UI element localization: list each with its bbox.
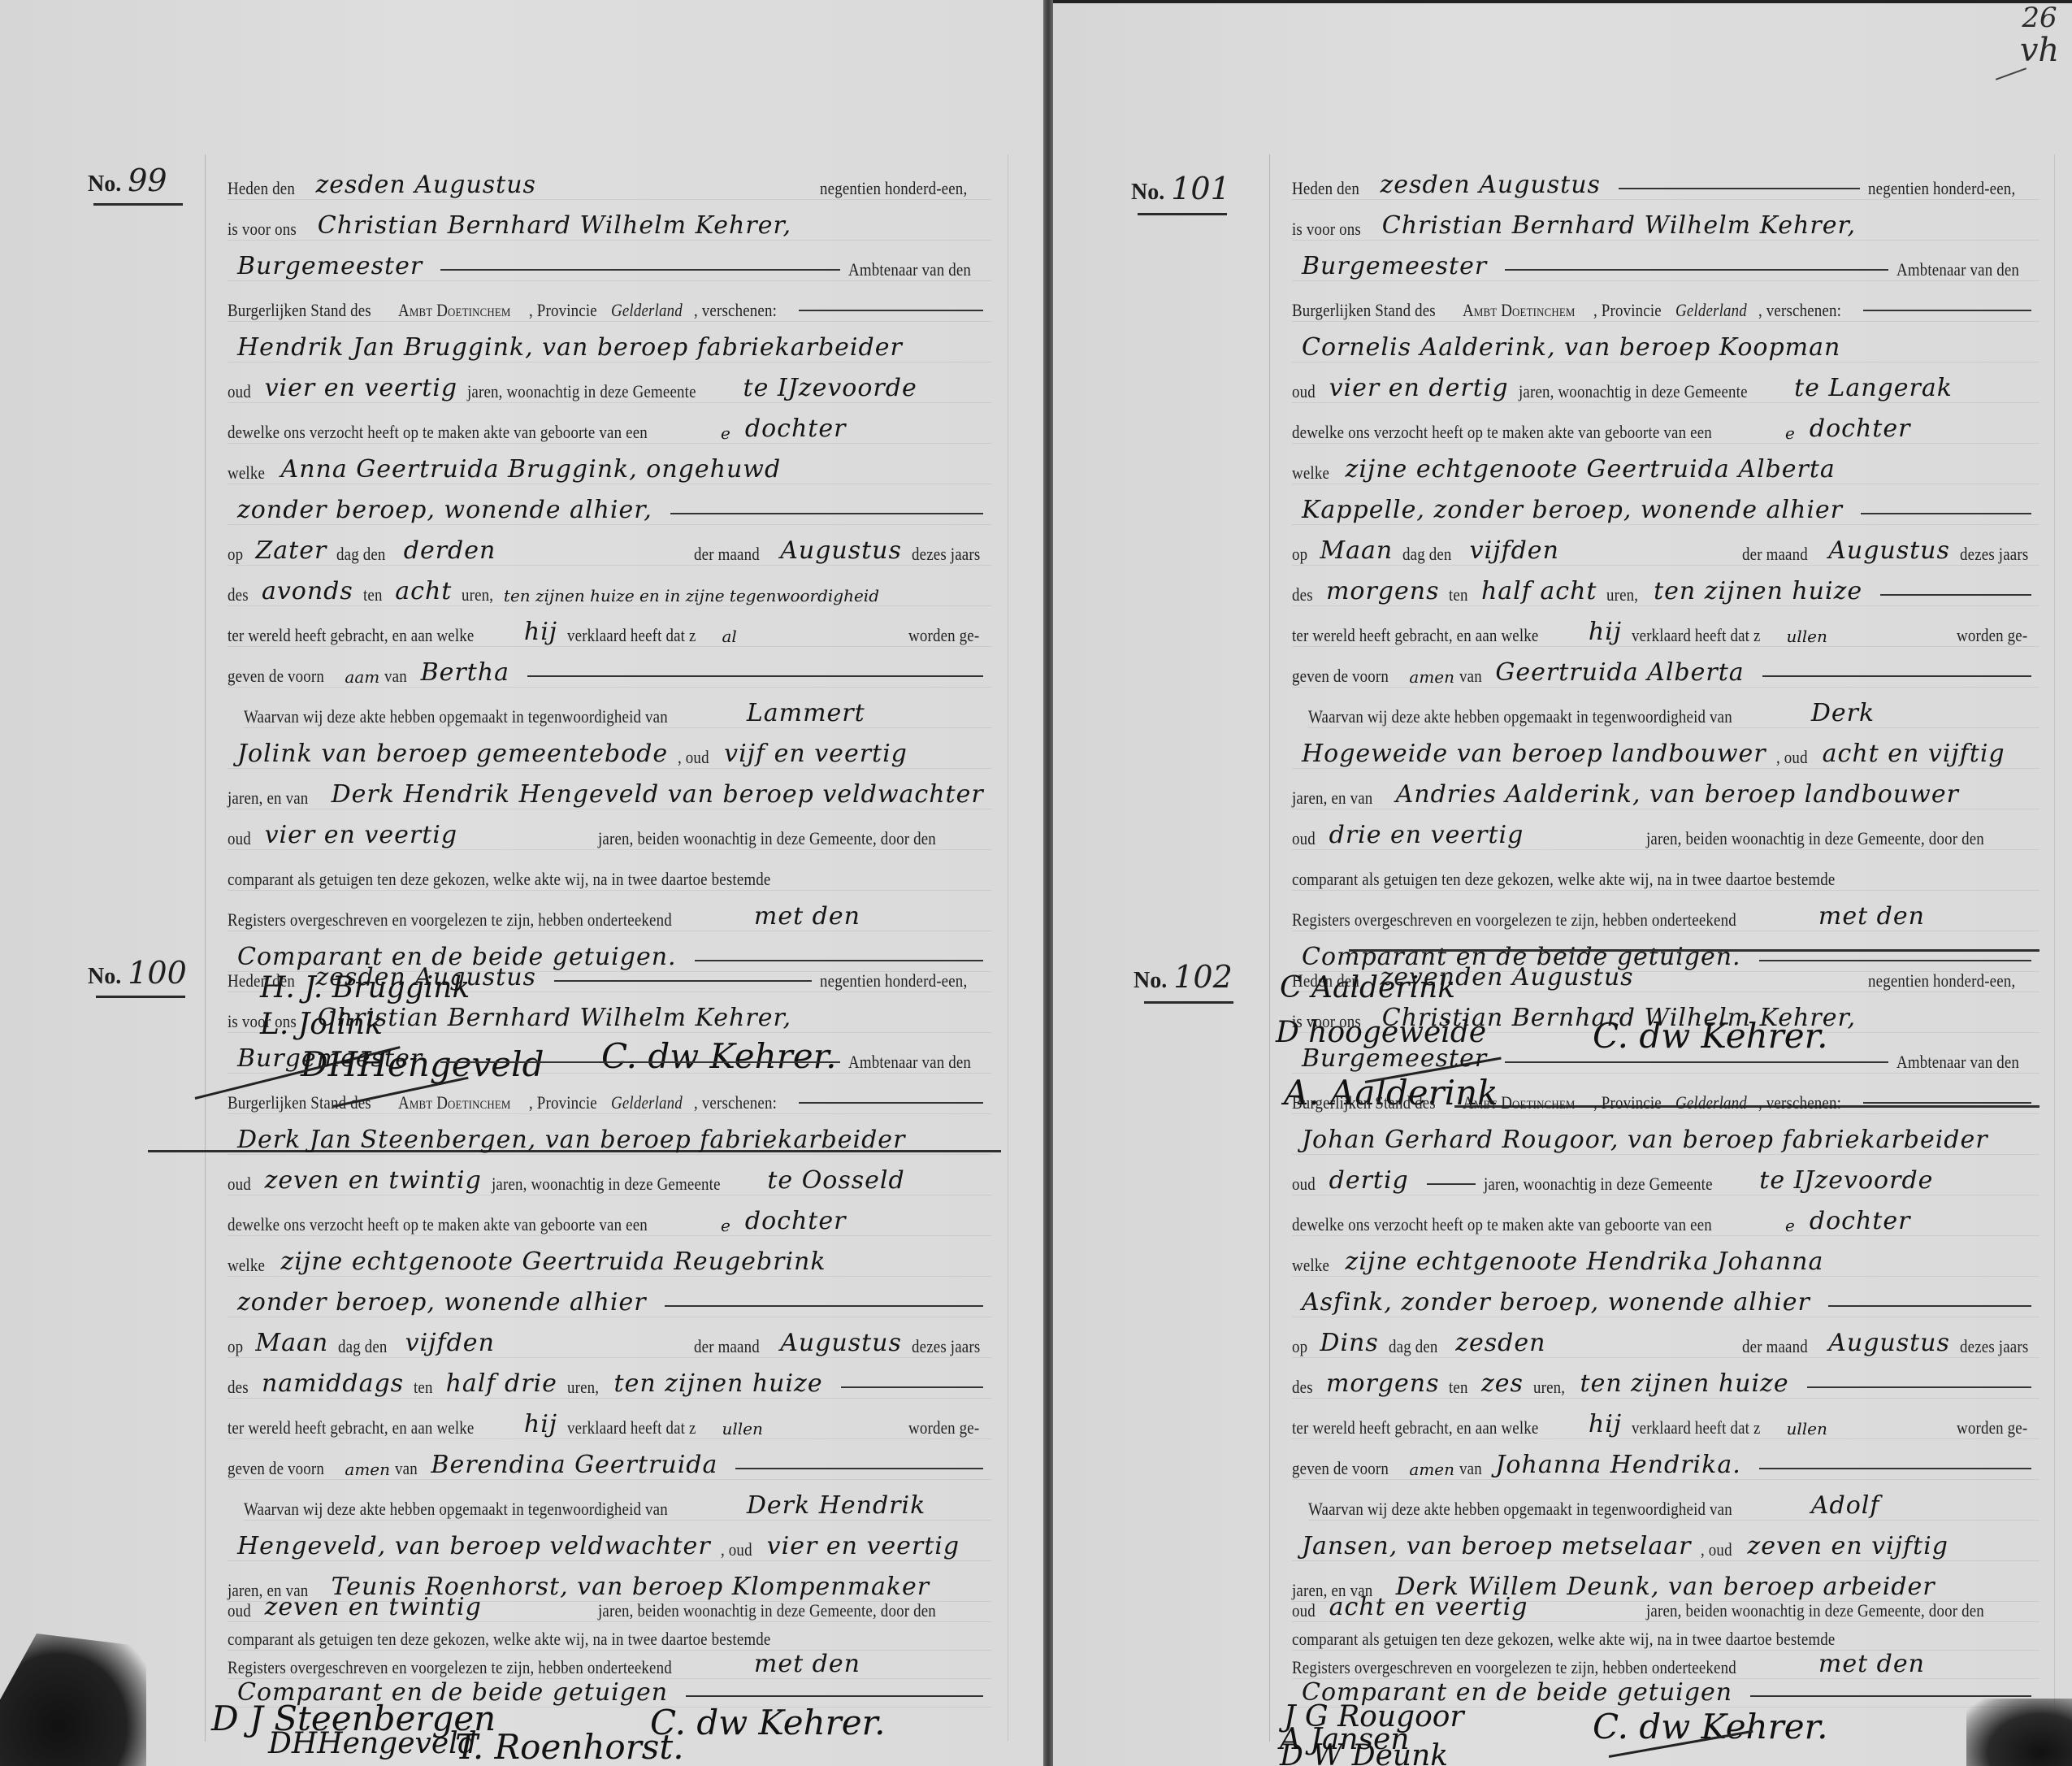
request-line: dewelke ons verzocht heeft op te maken a…	[228, 1195, 991, 1236]
child-sex: dochter	[745, 414, 847, 443]
text-fragment: , oud	[678, 747, 709, 768]
text-fragment: worden ge-	[908, 625, 979, 646]
record-number-value: 101	[1171, 171, 1230, 206]
daypart: morgens	[1326, 577, 1440, 605]
title-line: BurgemeesterAmbtenaar van den	[1292, 240, 2039, 281]
birth-place: ten zijnen huize	[1580, 1369, 1789, 1398]
text-fragment: Lammert	[747, 699, 865, 727]
witness2-age-line: ouddrie en veertigjaren, beiden woonacht…	[1292, 809, 2039, 850]
jurisdiction-line: Burgerlijken Stand des Ambt Doetinchem, …	[228, 280, 991, 322]
text-fragment: van	[1459, 666, 1482, 687]
witness1: Hogeweide van beroep landbouwer	[1302, 740, 1766, 768]
text-fragment: No.	[1134, 968, 1167, 993]
text-fragment: dezes jaars	[1960, 1336, 2028, 1357]
naming-line: ter wereld heeft gebracht, en aan welkeh…	[1292, 605, 2039, 647]
witness1-age: vier en veertig	[767, 1532, 960, 1560]
daypart: namiddags	[262, 1369, 404, 1398]
text-fragment: amen	[1409, 1460, 1454, 1479]
text-fragment: geven de voorn	[228, 1458, 324, 1479]
declarant: Hendrik Jan Bruggink, van beroep fabriek…	[237, 333, 903, 362]
text-fragment: dag den	[336, 544, 386, 565]
jurisdiction-line: Burgerlijken Stand des Ambt Doetinchem, …	[1292, 280, 2039, 322]
text-fragment: uren,	[462, 584, 493, 605]
text-fragment: worden ge-	[908, 1417, 979, 1438]
weekday: Maan	[1320, 536, 1393, 565]
declarant-line: Hendrik Jan Bruggink, van beroep fabriek…	[228, 321, 991, 362]
text-fragment: welke	[228, 1255, 265, 1276]
hour: half acht	[1481, 577, 1597, 605]
text-fragment: welke	[1292, 1255, 1329, 1276]
text-fragment: der maand	[694, 544, 760, 565]
text-fragment: Registers overgeschreven en voorgelezen …	[228, 909, 672, 931]
right-margin-rule	[1269, 154, 1270, 1742]
folio-number: 26 vh	[2007, 2, 2072, 67]
folio-page-number: 26	[2022, 2, 2057, 34]
text-fragment: des	[228, 1377, 249, 1398]
birth-place: ten zijnen huize en in zijne tegenwoordi…	[504, 586, 879, 605]
mother-line-2: Asfink, zonder beroep, wonende alhier	[1292, 1276, 2039, 1317]
text-fragment: Ambtenaar van den	[848, 1052, 971, 1073]
text-fragment: Heden den	[228, 970, 295, 991]
birthdate-line: opMaandag denvijfdender maandAugustusdez…	[1292, 524, 2039, 566]
record-date: zevenden Augustus	[1380, 963, 1633, 991]
naming-line: ter wereld heeft gebracht, en aan welkeh…	[1292, 1398, 2039, 1439]
title-line: BurgemeesterAmbtenaar van den	[228, 240, 991, 281]
text-fragment: worden ge-	[1957, 625, 2027, 646]
signature-official: C. dw Kehrer.	[650, 1703, 885, 1742]
text-fragment: dewelke ons verzocht heeft op te maken a…	[1292, 422, 1712, 443]
text-fragment: dezes jaars	[1960, 544, 2028, 565]
date-line: Heden denzesden Augustusnegentien honder…	[228, 158, 991, 200]
age-residence-line: ouddertigjaren, woonachtig in deze Gemee…	[1292, 1154, 2039, 1195]
hour: zes	[1481, 1369, 1524, 1398]
record-date: zesden Augustus	[315, 171, 535, 199]
registers-line: Registers overgeschreven en voorgelezen …	[1292, 890, 2039, 931]
text-fragment: jaren, woonachtig in deze Gemeente	[1519, 381, 1748, 402]
text-fragment: negentien honderd-een,	[1868, 178, 2015, 199]
text-fragment: dag den	[1402, 544, 1452, 565]
registers-line: Registers overgeschreven en voorgelezen …	[228, 890, 991, 931]
witness1: Jolink van beroep gemeentebode	[237, 740, 668, 768]
official-line: is voor onsChristian Bernhard Wilhelm Ke…	[228, 991, 991, 1033]
signature-witness2: D W Deunk	[1280, 1739, 1448, 1766]
mother: zijne echtgenoote Geertruida Alberta	[1346, 455, 1836, 484]
text-fragment: geven de voorn	[228, 666, 324, 687]
birth-place: ten zijnen huize	[1654, 577, 1862, 605]
text-fragment: ter wereld heeft gebracht, en aan welke	[228, 625, 474, 646]
text-fragment: , Provincie	[529, 300, 597, 321]
record-number-underline	[1144, 1001, 1233, 1004]
witness1: Hengeveld, van beroep veldwachter	[237, 1532, 711, 1560]
text-fragment: op	[1292, 1336, 1307, 1357]
text-fragment: des	[228, 584, 249, 605]
record-number-underline	[93, 203, 183, 206]
residence: te IJzevoorde	[743, 374, 917, 402]
record-date: zesden Augustus	[315, 963, 535, 991]
birth-day: vijfden	[405, 1329, 495, 1357]
mother: zijne echtgenoote Geertruida Reugebrink	[281, 1247, 826, 1276]
weekday: Zater	[255, 536, 327, 565]
text-fragment: is voor ons	[228, 1011, 297, 1032]
declarant-age: vier en veertig	[265, 374, 457, 402]
mother: zijne echtgenoote Hendrika Johanna	[1346, 1247, 1824, 1276]
birthtime-line: desmorgenstenhalf achturen,ten zijnen hu…	[1292, 565, 2039, 606]
witness1-age: vijf en veertig	[724, 740, 908, 768]
text-fragment: , oud	[721, 1539, 752, 1560]
text-fragment: Gelderland	[1675, 300, 1747, 321]
naming-line: ter wereld heeft gebracht, en aan welkeh…	[228, 605, 991, 647]
text-fragment: Waarvan wij deze akte hebben opgemaakt i…	[1308, 706, 1732, 727]
text-fragment: , oud	[1701, 1539, 1732, 1560]
text-fragment: des	[1292, 1377, 1313, 1398]
text-fragment: Waarvan wij deze akte hebben opgemaakt i…	[244, 706, 668, 727]
record-number: No.102	[1134, 959, 1233, 995]
text-fragment: Derk	[1811, 699, 1875, 727]
witness1: Jansen, van beroep metselaar	[1302, 1532, 1691, 1560]
declarant: Derk Jan Steenbergen, van beroep fabriek…	[237, 1126, 905, 1154]
official-name: Christian Bernhard Wilhelm Kehrer,	[318, 1004, 791, 1032]
text-fragment: dewelke ons verzocht heeft op te maken a…	[1292, 1214, 1712, 1235]
text-fragment: dezes jaars	[912, 544, 980, 565]
text-fragment: dewelke ons verzocht heeft op te maken a…	[228, 1214, 648, 1235]
text-fragment: Gelderland	[1675, 1092, 1747, 1113]
record-number: No.100	[88, 955, 187, 991]
text-fragment: Ambt Doetinchem	[1463, 1092, 1576, 1113]
record-number-value: 102	[1173, 959, 1233, 995]
text-fragment: der maand	[1742, 1336, 1808, 1357]
request-line: dewelke ons verzocht heeft op te maken a…	[1292, 1195, 2039, 1236]
witness2-age: vier en veertig	[265, 821, 457, 849]
text-fragment: ten	[1449, 1377, 1468, 1398]
text-fragment: op	[228, 544, 243, 565]
naming-line: ter wereld heeft gebracht, en aan welkeh…	[228, 1398, 991, 1439]
text-fragment: op	[1292, 544, 1307, 565]
declarant-age: zeven en twintig	[265, 1166, 482, 1195]
text-fragment: , verschenen:	[1758, 300, 1841, 321]
birth-month: Augustus	[1828, 1329, 1950, 1357]
declarant-age: vier en dertig	[1329, 374, 1509, 402]
witness2-age-line: oudvier en veertigjaren, beiden woonacht…	[228, 809, 991, 850]
text-fragment: van	[395, 1458, 418, 1479]
record-number-underline	[1138, 213, 1227, 215]
witness1-line: Jolink van beroep gemeentebode, oudvijf …	[228, 727, 991, 769]
official-name: Christian Bernhard Wilhelm Kehrer,	[318, 211, 791, 240]
declarant-age: dertig	[1329, 1166, 1409, 1195]
witness-intro-line: Waarvan wij deze akte hebben opgemaakt i…	[1308, 1479, 2039, 1521]
text-fragment: van	[384, 666, 407, 687]
text-fragment: amen	[1409, 667, 1454, 687]
birthdate-line: opDinsdag denzesdender maandAugustusdeze…	[1292, 1317, 2039, 1358]
witness1-line: Hogeweide van beroep landbouwer, oudacht…	[1292, 727, 2039, 769]
left-margin-rule	[205, 154, 206, 1742]
official-line: is voor onsChristian Bernhard Wilhelm Ke…	[228, 199, 991, 241]
child-sex: dochter	[1810, 1207, 1911, 1235]
text-fragment: comparant als getuigen ten deze gekozen,…	[228, 869, 770, 890]
text-fragment: Heden den	[228, 178, 295, 199]
weekday: Dins	[1320, 1329, 1378, 1357]
witness-intro-line: Waarvan wij deze akte hebben opgemaakt i…	[1308, 687, 2039, 728]
record-number-value: 100	[128, 955, 187, 991]
weekday: Maan	[255, 1329, 328, 1357]
text-fragment: Derk Hendrik	[747, 1491, 925, 1520]
text-fragment: uren,	[1606, 584, 1638, 605]
hour: half drie	[446, 1369, 557, 1398]
age-residence-line: oudvier en dertigjaren, woonachtig in de…	[1292, 362, 2039, 403]
text-fragment: Gelderland	[611, 300, 683, 321]
left-page-right-rule	[1008, 154, 1008, 1742]
mother-occupation: zonder beroep, wonende alhier,	[237, 496, 652, 524]
birthdate-line: opMaandag denvijfdender maandAugustusdez…	[228, 1317, 991, 1358]
text-fragment: Ambt Doetinchem	[398, 300, 511, 321]
witness2-age: drie en veertig	[1329, 821, 1524, 849]
text-fragment: der maand	[694, 1336, 760, 1357]
mother-line: welkeAnna Geertruida Bruggink, ongehuwd	[228, 443, 991, 484]
text-fragment: welke	[1292, 462, 1329, 484]
text-fragment: e	[1785, 1216, 1795, 1235]
record-number: No.101	[1131, 171, 1230, 206]
witness1-line: Hengeveld, van beroep veldwachter, oudvi…	[228, 1520, 991, 1561]
text-fragment: geven de voorn	[1292, 1458, 1389, 1479]
birthtime-line: desnamiddagstenhalf drieuren,ten zijnen …	[228, 1357, 991, 1399]
comparant-line: comparant als getuigen ten deze gekozen,…	[1292, 849, 2039, 891]
page-top-edge	[1053, 0, 2072, 3]
declarant-line: Johan Gerhard Rougoor, van beroep fabrie…	[1292, 1113, 2039, 1155]
request-line: dewelke ons verzocht heeft op te maken a…	[228, 402, 991, 444]
text-fragment: hij	[1589, 618, 1622, 646]
text-fragment: oud	[1292, 381, 1316, 402]
text-fragment: jaren, woonachtig in deze Gemeente	[467, 381, 696, 402]
age-residence-line: oudzeven en twintigjaren, woonachtig in …	[228, 1154, 991, 1195]
text-fragment: verklaard heeft dat z	[1632, 1417, 1761, 1438]
text-fragment: dag den	[338, 1336, 388, 1357]
text-fragment: is voor ons	[1292, 219, 1361, 240]
birth-month: Augustus	[780, 536, 902, 565]
text-fragment: Heden den	[1292, 178, 1359, 199]
text-fragment: op	[228, 1336, 243, 1357]
text-fragment: Ambtenaar van den	[848, 259, 971, 280]
text-fragment: comparant als getuigen ten deze gekozen,…	[1292, 869, 1835, 890]
mother-line-2: zonder beroep, wonende alhier,	[228, 484, 991, 525]
birthdate-line: opZaterdag denderdender maandAugustusdez…	[228, 524, 991, 566]
official-name: Christian Bernhard Wilhelm Kehrer,	[1382, 1004, 1856, 1032]
mother-line: welkezijne echtgenoote Geertruida Albert…	[1292, 443, 2039, 484]
folio-mark: vh	[2007, 34, 2072, 67]
text-fragment: No.	[1131, 180, 1164, 205]
text-fragment: oud	[1292, 828, 1316, 849]
birth-day: zesden	[1455, 1329, 1545, 1357]
witness2: Andries Aalderink, van beroep landbouwer	[1396, 780, 1959, 809]
number-label: No.	[88, 171, 121, 197]
text-fragment: Ambtenaar van den	[1896, 1052, 2019, 1073]
text-fragment: met den	[1818, 902, 1925, 931]
comparant-line: comparant als getuigen ten deze gekozen,…	[228, 849, 991, 891]
text-fragment: al	[722, 627, 736, 646]
text-fragment: Ambt Doetinchem	[398, 1092, 511, 1113]
text-fragment: negentien honderd-een,	[820, 970, 967, 991]
hour: acht	[395, 577, 452, 605]
title-line: BurgemeesterAmbtenaar van den	[228, 1032, 991, 1074]
residence: te Oosseld	[767, 1166, 904, 1195]
birthtime-line: desmorgenstenzesuren,ten zijnen huize	[1292, 1357, 2039, 1399]
official-title: Burgemeester	[1302, 1044, 1487, 1073]
text-fragment: jaren, woonachtig in deze Gemeente	[492, 1174, 721, 1195]
text-fragment: Adolf	[1811, 1491, 1880, 1520]
given-names-line: geven de voornaamvanBertha	[228, 646, 991, 688]
text-fragment: met den	[754, 902, 860, 931]
text-fragment: verklaard heeft dat z	[1632, 625, 1761, 646]
witness1-age: acht en vijftig	[1823, 740, 2005, 768]
witness-intro-line: Waarvan wij deze akte hebben opgemaakt i…	[244, 1479, 991, 1521]
text-fragment: amen	[345, 1460, 390, 1479]
text-fragment: oud	[228, 381, 251, 402]
text-fragment: e	[1785, 423, 1795, 443]
given-names: Berendina Geertruida	[431, 1451, 717, 1479]
text-fragment: , Provincie	[1593, 1092, 1662, 1113]
text-fragment: Gelderland	[611, 1092, 683, 1113]
text-fragment: worden ge-	[1957, 1417, 2027, 1438]
text-fragment: ter wereld heeft gebracht, en aan welke	[1292, 1417, 1538, 1438]
residence: te IJzevoorde	[1759, 1166, 1933, 1195]
mother-occupation: Asfink, zonder beroep, wonende alhier	[1302, 1288, 1810, 1317]
thumb-shadow	[1966, 1699, 2072, 1766]
text-fragment: e	[721, 1216, 730, 1235]
residence: te Langerak	[1794, 374, 1953, 402]
text-fragment: uren,	[1533, 1377, 1565, 1398]
text-fragment: Waarvan wij deze akte hebben opgemaakt i…	[244, 1499, 668, 1520]
mother-line-2: Kappelle, zonder beroep, wonende alhier	[1292, 484, 2039, 525]
text-fragment: Heden den	[1292, 970, 1359, 991]
text-fragment: , Provincie	[529, 1092, 597, 1113]
text-fragment: Burgerlijken Stand des	[228, 1092, 371, 1113]
text-fragment: dewelke ons verzocht heeft op te maken a…	[228, 422, 648, 443]
text-fragment: , Provincie	[1593, 300, 1662, 321]
text-fragment: negentien honderd-een,	[820, 178, 967, 199]
declarant: Cornelis Aalderink, van beroep Koopman	[1302, 333, 1840, 362]
text-fragment: negentien honderd-een,	[1868, 970, 2015, 991]
declarant-line: Cornelis Aalderink, van beroep Koopman	[1292, 321, 2039, 362]
official-title: Burgemeester	[237, 252, 423, 280]
text-fragment: hij	[524, 1410, 557, 1438]
text-fragment: hij	[524, 618, 557, 646]
text-fragment: e	[721, 423, 730, 443]
text-fragment: Burgerlijken Stand des	[1292, 1092, 1436, 1113]
text-fragment: der maand	[1742, 544, 1808, 565]
date-line: Heden denzevenden Augustusnegentien hond…	[1292, 951, 2039, 992]
mother-occupation: Kappelle, zonder beroep, wonende alhier	[1302, 496, 1843, 524]
text-fragment: aam	[345, 667, 379, 687]
text-fragment: des	[1292, 584, 1313, 605]
daypart: morgens	[1326, 1369, 1440, 1398]
text-fragment: Ambt Doetinchem	[1463, 300, 1576, 321]
child-sex: dochter	[745, 1207, 847, 1235]
official-name: Christian Bernhard Wilhelm Kehrer,	[1382, 211, 1856, 240]
mother-line: welkezijne echtgenoote Hendrika Johanna	[1292, 1235, 2039, 1277]
text-fragment: is voor ons	[1292, 1011, 1361, 1032]
date-line: Heden denzesden Augustusnegentien honder…	[228, 951, 991, 992]
witness2-line: jaren, en vanDerk Hendrik Hengeveld van …	[228, 768, 991, 809]
text-fragment: Registers overgeschreven en voorgelezen …	[1292, 909, 1736, 931]
text-fragment: No.	[88, 964, 121, 989]
text-fragment: jaren, en van	[1292, 788, 1372, 809]
text-fragment: oud	[228, 1174, 251, 1195]
text-fragment: verklaard heeft dat z	[567, 1417, 696, 1438]
declarant-line: Derk Jan Steenbergen, van beroep fabriek…	[228, 1113, 991, 1155]
record-number-underline	[96, 996, 185, 998]
mother-line: welkezijne echtgenoote Geertruida Reugeb…	[228, 1235, 991, 1277]
text-fragment: welke	[228, 462, 265, 484]
text-fragment: , verschenen:	[694, 1092, 777, 1113]
birth-place: ten zijnen huize	[614, 1369, 823, 1398]
text-fragment: oud	[1292, 1174, 1316, 1195]
witness1-line: Jansen, van beroep metselaar, oudzeven e…	[1292, 1520, 2039, 1561]
text-fragment: Ambtenaar van den	[1896, 259, 2019, 280]
given-names-line: geven de voornamenvanBerendina Geertruid…	[228, 1438, 991, 1480]
text-fragment: ter wereld heeft gebracht, en aan welke	[1292, 625, 1538, 646]
text-fragment: , verschenen:	[694, 300, 777, 321]
birth-month: Augustus	[780, 1329, 902, 1357]
text-fragment: Waarvan wij deze akte hebben opgemaakt i…	[1308, 1499, 1732, 1520]
mother-line-2: zonder beroep, wonende alhier	[228, 1276, 991, 1317]
text-fragment: jaren, beiden woonachtig in deze Gemeent…	[1646, 828, 1984, 849]
text-fragment: , oud	[1776, 747, 1808, 768]
birthtime-line: desavondstenachturen,ten zijnen huize en…	[228, 565, 991, 606]
text-fragment: verklaard heeft dat z	[567, 625, 696, 646]
signature-witness1: DHHengeveld	[268, 1727, 477, 1760]
text-fragment: jaren, en van	[228, 788, 308, 809]
witness2-line: jaren, en vanAndries Aalderink, van bero…	[1292, 768, 2039, 809]
text-fragment: uren,	[567, 1377, 599, 1398]
text-fragment: Burgerlijken Stand des	[228, 300, 371, 321]
text-fragment: van	[1459, 1458, 1482, 1479]
jurisdiction-line: Burgerlijken Stand des Ambt Doetinchem, …	[1292, 1073, 2039, 1114]
official-title: Burgemeester	[1302, 252, 1487, 280]
birth-month: Augustus	[1828, 536, 1950, 565]
official-line: is voor onsChristian Bernhard Wilhelm Ke…	[1292, 991, 2039, 1033]
daypart: avonds	[262, 577, 353, 605]
text-fragment: ten	[363, 584, 383, 605]
book-binding	[1043, 0, 1053, 1766]
request-line: dewelke ons verzocht heeft op te maken a…	[1292, 402, 2039, 444]
given-names: Bertha	[421, 658, 509, 687]
given-names: Geertruida Alberta	[1495, 658, 1744, 687]
title-line: BurgemeesterAmbtenaar van den	[1292, 1032, 2039, 1074]
birth-day: derden	[404, 536, 496, 565]
text-fragment: jaren, beiden woonachtig in deze Gemeent…	[598, 828, 936, 849]
jurisdiction-line: Burgerlijken Stand des Ambt Doetinchem, …	[228, 1073, 991, 1114]
text-fragment: ter wereld heeft gebracht, en aan welke	[228, 1417, 474, 1438]
text-fragment: dag den	[1389, 1336, 1438, 1357]
child-sex: dochter	[1810, 414, 1911, 443]
witness1-age: zeven en vijftig	[1747, 1532, 1948, 1560]
right-page-right-rule	[2054, 154, 2055, 1742]
signature-official: C. dw Kehrer.	[1593, 1707, 1827, 1746]
given-names-line: geven de voornamenvanGeertruida Alberta	[1292, 646, 2039, 688]
text-fragment: ten	[1449, 584, 1468, 605]
declarant: Johan Gerhard Rougoor, van beroep fabrie…	[1302, 1126, 1988, 1154]
record-date: zesden Augustus	[1380, 171, 1600, 199]
witness2: Derk Hendrik Hengeveld van beroep veldwa…	[332, 780, 984, 809]
text-fragment: , verschenen:	[1758, 1092, 1841, 1113]
text-fragment: oud	[228, 828, 251, 849]
text-fragment: jaren, woonachtig in deze Gemeente	[1484, 1174, 1713, 1195]
official-title: Burgemeester	[237, 1044, 423, 1073]
text-fragment: ullen	[1786, 1419, 1827, 1438]
official-line: is voor onsChristian Bernhard Wilhelm Ke…	[1292, 199, 2039, 241]
text-fragment: dezes jaars	[912, 1336, 980, 1357]
record-number: No.99	[88, 163, 167, 198]
text-fragment: ullen	[722, 1419, 762, 1438]
date-line: Heden denzesden Augustusnegentien honder…	[1292, 158, 2039, 200]
